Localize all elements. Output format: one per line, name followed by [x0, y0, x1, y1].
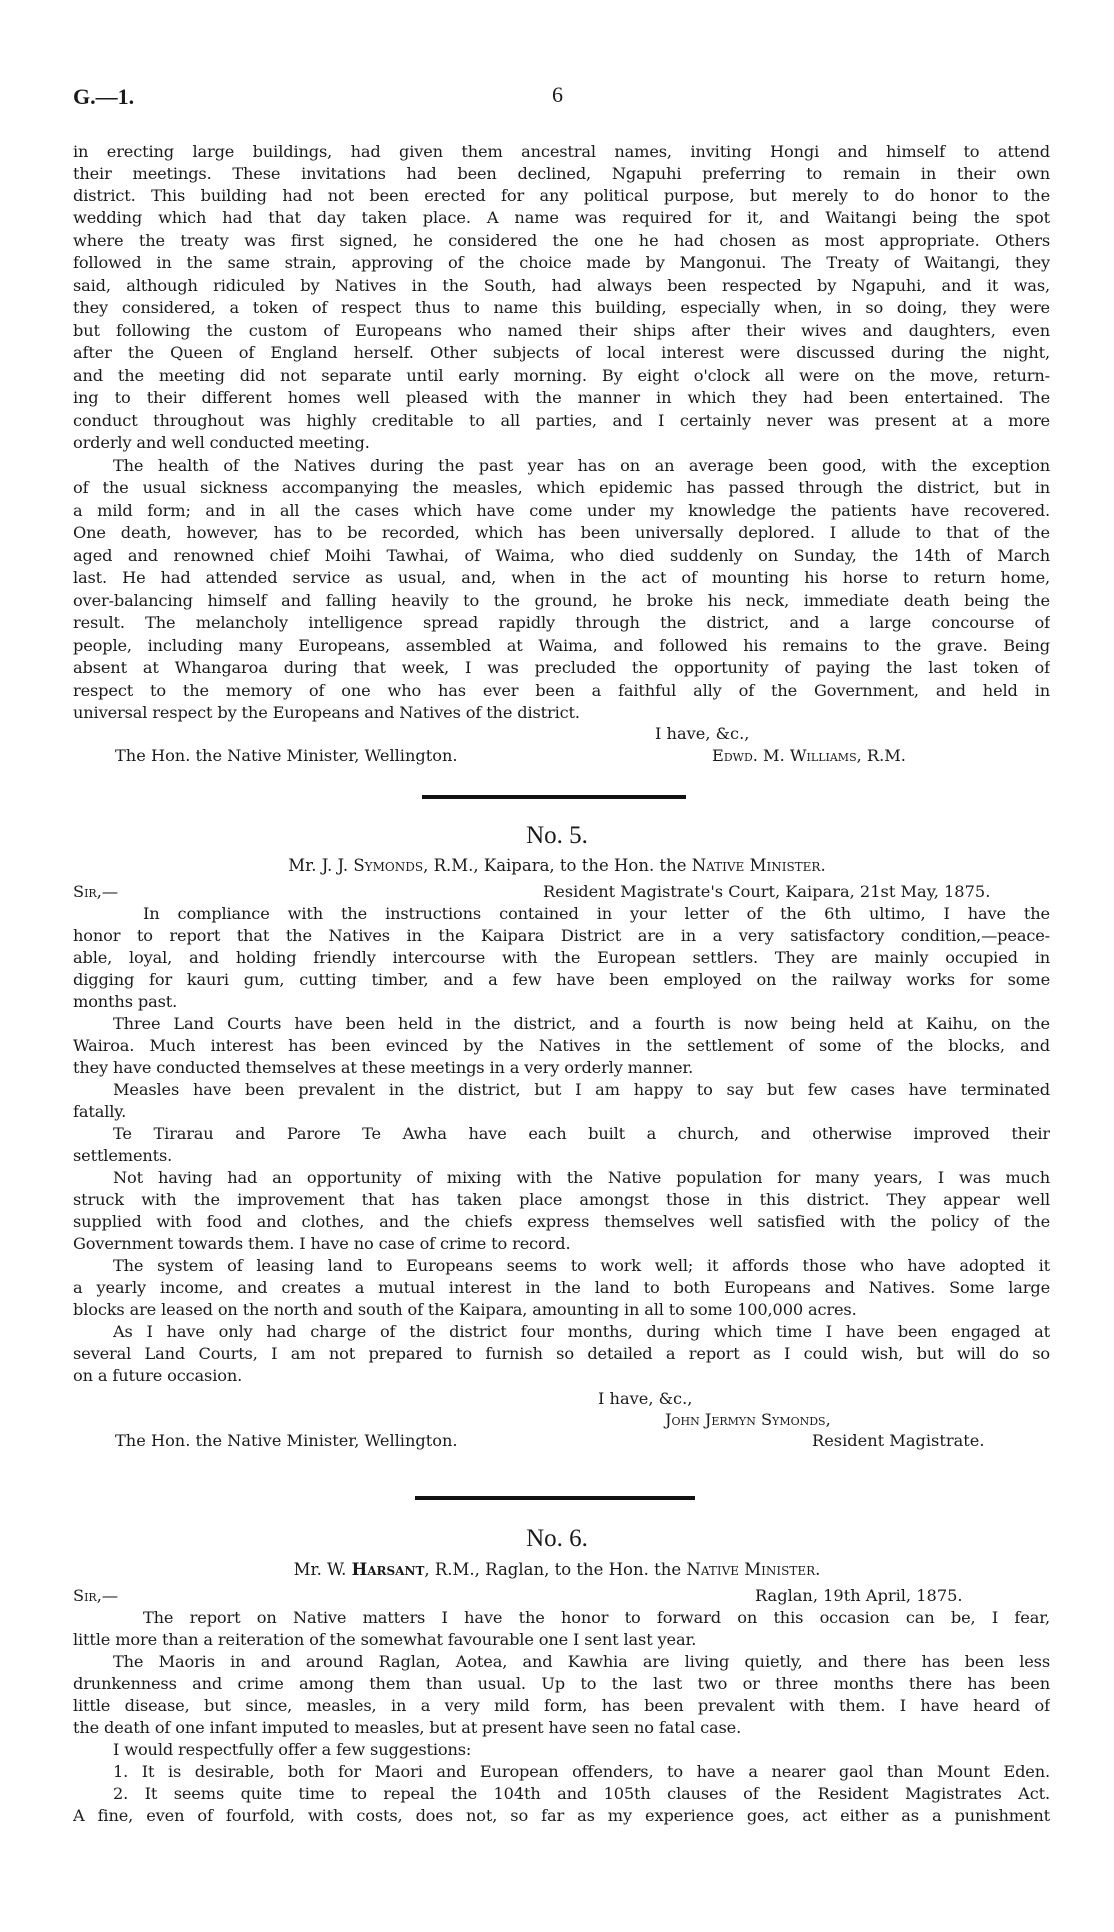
text-line: the death of one infant imputed to measl… [73, 1718, 1050, 1738]
text-line: conduct throughout was highly creditable… [73, 411, 1050, 431]
text-line: followed in the same strain, approving o… [73, 253, 1050, 273]
text-line: aged and renowned chief Moihi Tawhai, of… [73, 546, 1050, 566]
subtitle-text: Mr. W. [294, 1560, 352, 1579]
text-line: but following the custom of Europeans wh… [73, 321, 1050, 341]
sender-name: Harsant [352, 1560, 425, 1579]
text-line: a yearly income, and creates a mutual in… [73, 1278, 1050, 1298]
text-line: The health of the Natives during the pas… [113, 456, 1050, 476]
dateline: Resident Magistrate's Court, Kaipara, 21… [543, 882, 990, 902]
letter-number: No. 6. [0, 1525, 1114, 1553]
text-line: they have conducted themselves at these … [73, 1058, 1050, 1078]
text-line: The system of leasing land to Europeans … [113, 1256, 1050, 1276]
addressee: The Hon. the Native Minister, Wellington… [115, 746, 458, 766]
letter-subtitle: Mr. J. J. Symonds, R.M., Kaipara, to the… [0, 856, 1114, 875]
closing: I have, &c., [655, 724, 749, 744]
text-line: blocks are leased on the north and south… [73, 1300, 1050, 1320]
text-line: digging for kauri gum, cutting timber, a… [73, 970, 1050, 990]
addressee: The Hon. the Native Minister, Wellington… [115, 1431, 458, 1451]
text-line: Government towards them. I have no case … [73, 1234, 1050, 1254]
text-line: respect to the memory of one who has eve… [73, 681, 1050, 701]
signature: Edwd. M. Williams, R.M. [712, 746, 906, 766]
text-line: their meetings. These invitations had be… [73, 164, 1050, 184]
text-line: on a future occasion. [73, 1366, 1050, 1386]
text-line: where the treaty was first signed, he co… [73, 231, 1050, 251]
signature: John Jermyn Symonds, [665, 1410, 831, 1430]
subtitle-text: . [815, 1560, 820, 1579]
text-line: and the meeting did not separate until e… [73, 366, 1050, 386]
text-line: over-balancing himself and falling heavi… [73, 591, 1050, 611]
text-line: I would respectfully offer a few suggest… [113, 1740, 1050, 1760]
text-line: The Maoris in and around Raglan, Aotea, … [113, 1652, 1050, 1672]
text-line: months past. [73, 992, 1050, 1012]
section-divider [422, 795, 686, 799]
text-line: settlements. [73, 1146, 1050, 1166]
text-line: In compliance with the instructions cont… [143, 904, 1050, 924]
sender-name: Symonds [353, 856, 423, 875]
letter-number: No. 5. [0, 822, 1114, 850]
text-line: fatally. [73, 1102, 1050, 1122]
text-line: after the Queen of England herself. Othe… [73, 343, 1050, 363]
salutation: Sir,— [73, 882, 118, 902]
text-line: in erecting large buildings, had given t… [73, 142, 1050, 162]
text-line: The report on Native matters I have the … [143, 1608, 1050, 1628]
text-line: several Land Courts, I am not prepared t… [73, 1344, 1050, 1364]
text-line: Not having had an opportunity of mixing … [113, 1168, 1050, 1188]
closing: I have, &c., [598, 1389, 692, 1409]
section-divider [415, 1496, 695, 1500]
text-line: people, including many Europeans, assemb… [73, 636, 1050, 656]
document-reference: G.—1. [73, 84, 134, 110]
subtitle-text: . [820, 856, 825, 875]
text-line: a mild form; and in all the cases which … [73, 501, 1050, 521]
text-line: said, although ridiculed by Natives in t… [73, 276, 1050, 296]
text-line: district. This building had not been ere… [73, 186, 1050, 206]
signature-title: Resident Magistrate. [812, 1431, 984, 1451]
text-line: honor to report that the Natives in the … [73, 926, 1050, 946]
text-line: universal respect by the Europeans and N… [73, 703, 1050, 723]
text-line: absent at Whangaroa during that week, I … [73, 658, 1050, 678]
text-line: little disease, but since, measles, in a… [73, 1696, 1050, 1716]
list-item: 2. It seems quite time to repeal the 104… [113, 1784, 1050, 1804]
page-number: 6 [552, 82, 563, 108]
text-line: wedding which had that day taken place. … [73, 208, 1050, 228]
recipient-name: Native Minister [686, 1560, 815, 1579]
text-line: ing to their different homes well please… [73, 388, 1050, 408]
text-line: result. The melancholy intelligence spre… [73, 613, 1050, 633]
text-line: One death, however, has to be recorded, … [73, 523, 1050, 543]
subtitle-text: , R.M., Kaipara, to the Hon. the [423, 856, 692, 875]
letter-subtitle: Mr. W. Harsant, R.M., Raglan, to the Hon… [0, 1560, 1114, 1579]
recipient-name: Native Minister [692, 856, 821, 875]
text-line: Three Land Courts have been held in the … [113, 1014, 1050, 1034]
text-line: A fine, even of fourfold, with costs, do… [73, 1806, 1050, 1826]
text-line: able, loyal, and holding friendly interc… [73, 948, 1050, 968]
text-line: little more than a reiteration of the so… [73, 1630, 1050, 1650]
list-item: 1. It is desirable, both for Maori and E… [113, 1762, 1050, 1782]
text-line: orderly and well conducted meeting. [73, 433, 1050, 453]
text-line: Te Tirarau and Parore Te Awha have each … [113, 1124, 1050, 1144]
text-line: Wairoa. Much interest has been evinced b… [73, 1036, 1050, 1056]
text-line: last. He had attended service as usual, … [73, 568, 1050, 588]
text-line: struck with the improvement that has tak… [73, 1190, 1050, 1210]
salutation: Sir,— [73, 1586, 118, 1606]
subtitle-text: Mr. J. J. [288, 856, 353, 875]
text-line: As I have only had charge of the distric… [113, 1322, 1050, 1342]
subtitle-text: , R.M., Raglan, to the Hon. the [424, 1560, 686, 1579]
text-line: supplied with food and clothes, and the … [73, 1212, 1050, 1232]
dateline: Raglan, 19th April, 1875. [755, 1586, 963, 1606]
text-line: of the usual sickness accompanying the m… [73, 478, 1050, 498]
text-line: they considered, a token of respect thus… [73, 298, 1050, 318]
text-line: drunkenness and crime among them than us… [73, 1674, 1050, 1694]
text-line: Measles have been prevalent in the distr… [113, 1080, 1050, 1100]
